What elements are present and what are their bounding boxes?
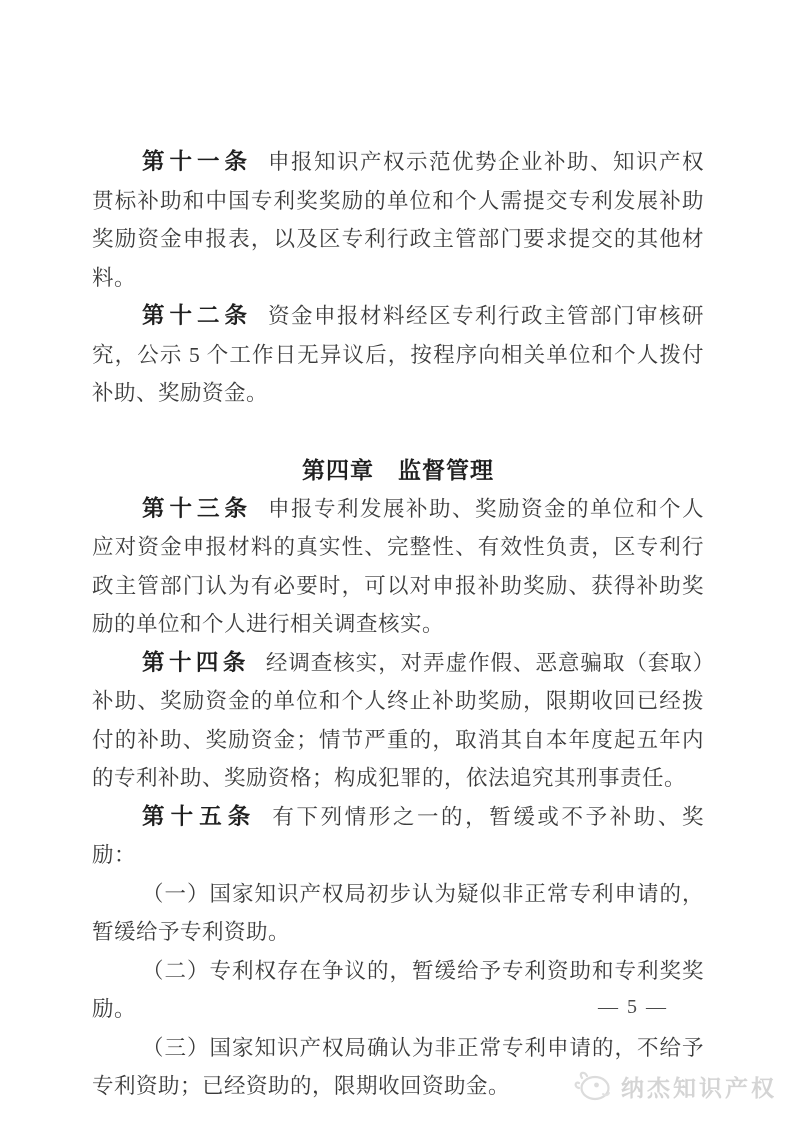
article-11-number: 第十一条 <box>142 149 252 174</box>
najie-logo-icon <box>572 1069 614 1103</box>
article-11-paragraph: 第十一条申报知识产权示范优势企业补助、知识产权贯标补助和中国专利奖奖励的单位和个… <box>92 143 704 297</box>
article-13-number: 第十三条 <box>142 496 252 521</box>
article-15-number: 第十五条 <box>142 804 256 829</box>
article-15-paragraph: 第十五条有下列情形之一的，暂缓或不予补助、奖励： <box>92 798 704 875</box>
article-13-paragraph: 第十三条申报专利发展补助、奖励资金的单位和个人应对资金申报材料的真实性、完整性、… <box>92 490 704 644</box>
article-12-number: 第十二条 <box>142 303 252 328</box>
chapter-4-heading: 第四章 监督管理 <box>92 451 704 490</box>
watermark-text: 纳杰知识产权 <box>621 1070 777 1103</box>
article-14-paragraph: 第十四条经调查核实，对弄虚作假、恶意骗取（套取）补助、奖励资金的单位和个人终止补… <box>92 644 704 798</box>
document-page: 第十一条申报知识产权示范优势企业补助、知识产权贯标补助和中国专利奖奖励的单位和个… <box>0 0 793 1122</box>
watermark: 纳杰知识产权 <box>572 1069 777 1103</box>
article-15-item-1: （一）国家知识产权局初步认为疑似非正常专利申请的，暂缓给予专利资助。 <box>92 875 704 952</box>
page-number: — 5 — <box>596 996 670 1019</box>
document-body: 第十一条申报知识产权示范优势企业补助、知识产权贯标补助和中国专利奖奖励的单位和个… <box>92 143 704 1106</box>
article-12-paragraph: 第十二条资金申报材料经区专利行政主管部门审核研究，公示 5 个工作日无异议后，按… <box>92 297 704 413</box>
article-14-number: 第十四条 <box>142 650 250 675</box>
